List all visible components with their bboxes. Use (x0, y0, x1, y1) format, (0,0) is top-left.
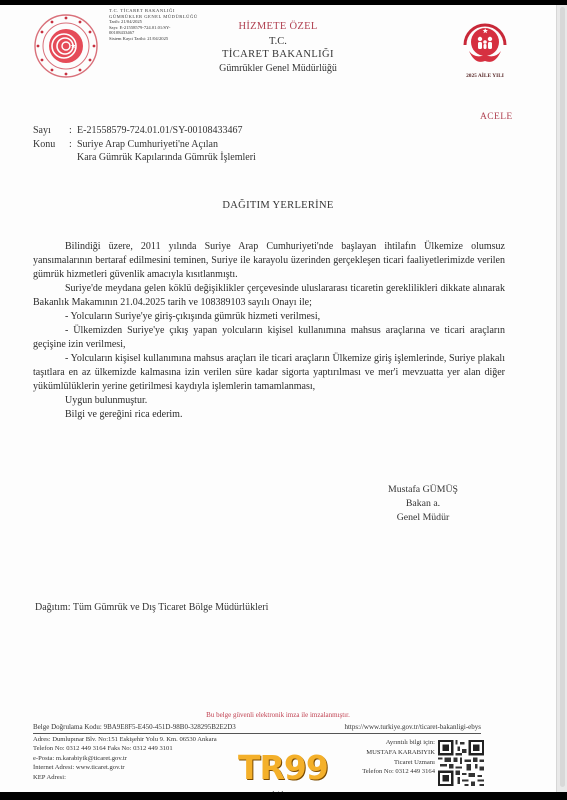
kep-address: KEP Adresi: (33, 773, 217, 782)
list-item-2: - Ülkemizden Suriye'ye çıkış yapan yolcu… (33, 324, 505, 352)
list-item-1: - Yolcuların Suriye'ye giriş-çıkışında g… (33, 310, 505, 324)
verification-row: Belge Doğrulama Kodu: 9BA9E8F5-E450-451D… (33, 723, 481, 734)
letter-body: Bilindiği üzere, 2011 yılında Suriye Ara… (33, 240, 505, 422)
closing-line: Bilgi ve gereğini rica ederim. (33, 408, 505, 422)
verification-url[interactable]: https://www.turkiye.gov.tr/ticaret-bakan… (344, 723, 481, 731)
vertical-scrollbar[interactable] (556, 5, 567, 792)
reference-number: Sayı:E-21558579-724.01.01/SY-00108433467 (33, 125, 243, 136)
sayi-value: E-21558579-724.01.01/SY-00108433467 (77, 125, 243, 136)
signer-on-behalf: Bakan a. (368, 497, 478, 511)
distribution-list: Dağıtım: Tüm Gümrük ve Dış Ticaret Bölge… (35, 602, 268, 613)
family-year-caption: 2025 AİLE YILI (455, 73, 515, 79)
esign-note: Bu belge güvenli elektronik imza ile imz… (0, 711, 556, 719)
separator: : (69, 125, 77, 136)
footer-address-block: Adres: Dumlupınar Blv. No:151 Eskişehir … (33, 735, 217, 782)
page-number: 1 / 1 (0, 790, 556, 792)
urgency-label: ACELE (480, 112, 513, 122)
konu-line-1: Suriye Arap Cumhuriyeti'ne Açılan (77, 139, 218, 150)
addressee-heading: DAĞITIM YERLERİNE (0, 200, 556, 211)
signer-title: Genel Müdür (368, 511, 478, 525)
contact-title: Ticaret Uzmanı (345, 758, 435, 768)
approval-line: Uygun bulunmuştur. (33, 394, 505, 408)
separator: : (69, 139, 77, 150)
paragraph-2: Suriye'de meydana gelen köklü değişiklik… (33, 282, 505, 310)
phone-fax: Telefon No: 0312 449 3164 Faks No: 0312 … (33, 744, 217, 753)
email[interactable]: e-Posta: m.karabiyik@ticaret.gov.tr (33, 754, 217, 763)
info-label: Ayrıntılı bilgi için: (345, 738, 435, 748)
signer-name: Mustafa GÜMÜŞ (368, 483, 478, 497)
sayi-label: Sayı (33, 125, 69, 136)
subject-line-2: Kara Gümrük Kapılarında Gümrük İşlemleri (77, 152, 256, 163)
website[interactable]: İnternet Adresi: www.ticaret.gov.tr (33, 763, 217, 772)
paragraph-1: Bilindiği üzere, 2011 yılında Suriye Ara… (33, 240, 505, 282)
signature-block: Mustafa GÜMÜŞ Bakan a. Genel Müdür (368, 483, 478, 525)
tr99-watermark-logo: TR99 (238, 750, 328, 786)
family-year-logo-icon (455, 15, 515, 75)
address: Adres: Dumlupınar Blv. No:151 Eskişehir … (33, 735, 217, 744)
contact-block: Ayrıntılı bilgi için: MUSTAFA KARABIYIK … (345, 738, 435, 777)
scrollbar-thumb[interactable] (560, 7, 565, 787)
list-item-3: - Yolcuların kişisel kullanımına mahsus … (33, 352, 505, 394)
document-page: T.C. TİCARET BAKANLIĞI GÜMRÜKLER GENEL M… (0, 5, 556, 792)
contact-phone: Telefon No: 0312 449 3164 (345, 767, 435, 777)
konu-label: Konu (33, 139, 69, 150)
verification-code: Belge Doğrulama Kodu: 9BA9E8F5-E450-451D… (33, 723, 236, 731)
qr-code-icon (438, 740, 484, 786)
contact-name: MUSTAFA KARABIYIK (345, 748, 435, 758)
subject: Konu:Suriye Arap Cumhuriyeti'ne Açılan (33, 139, 218, 150)
